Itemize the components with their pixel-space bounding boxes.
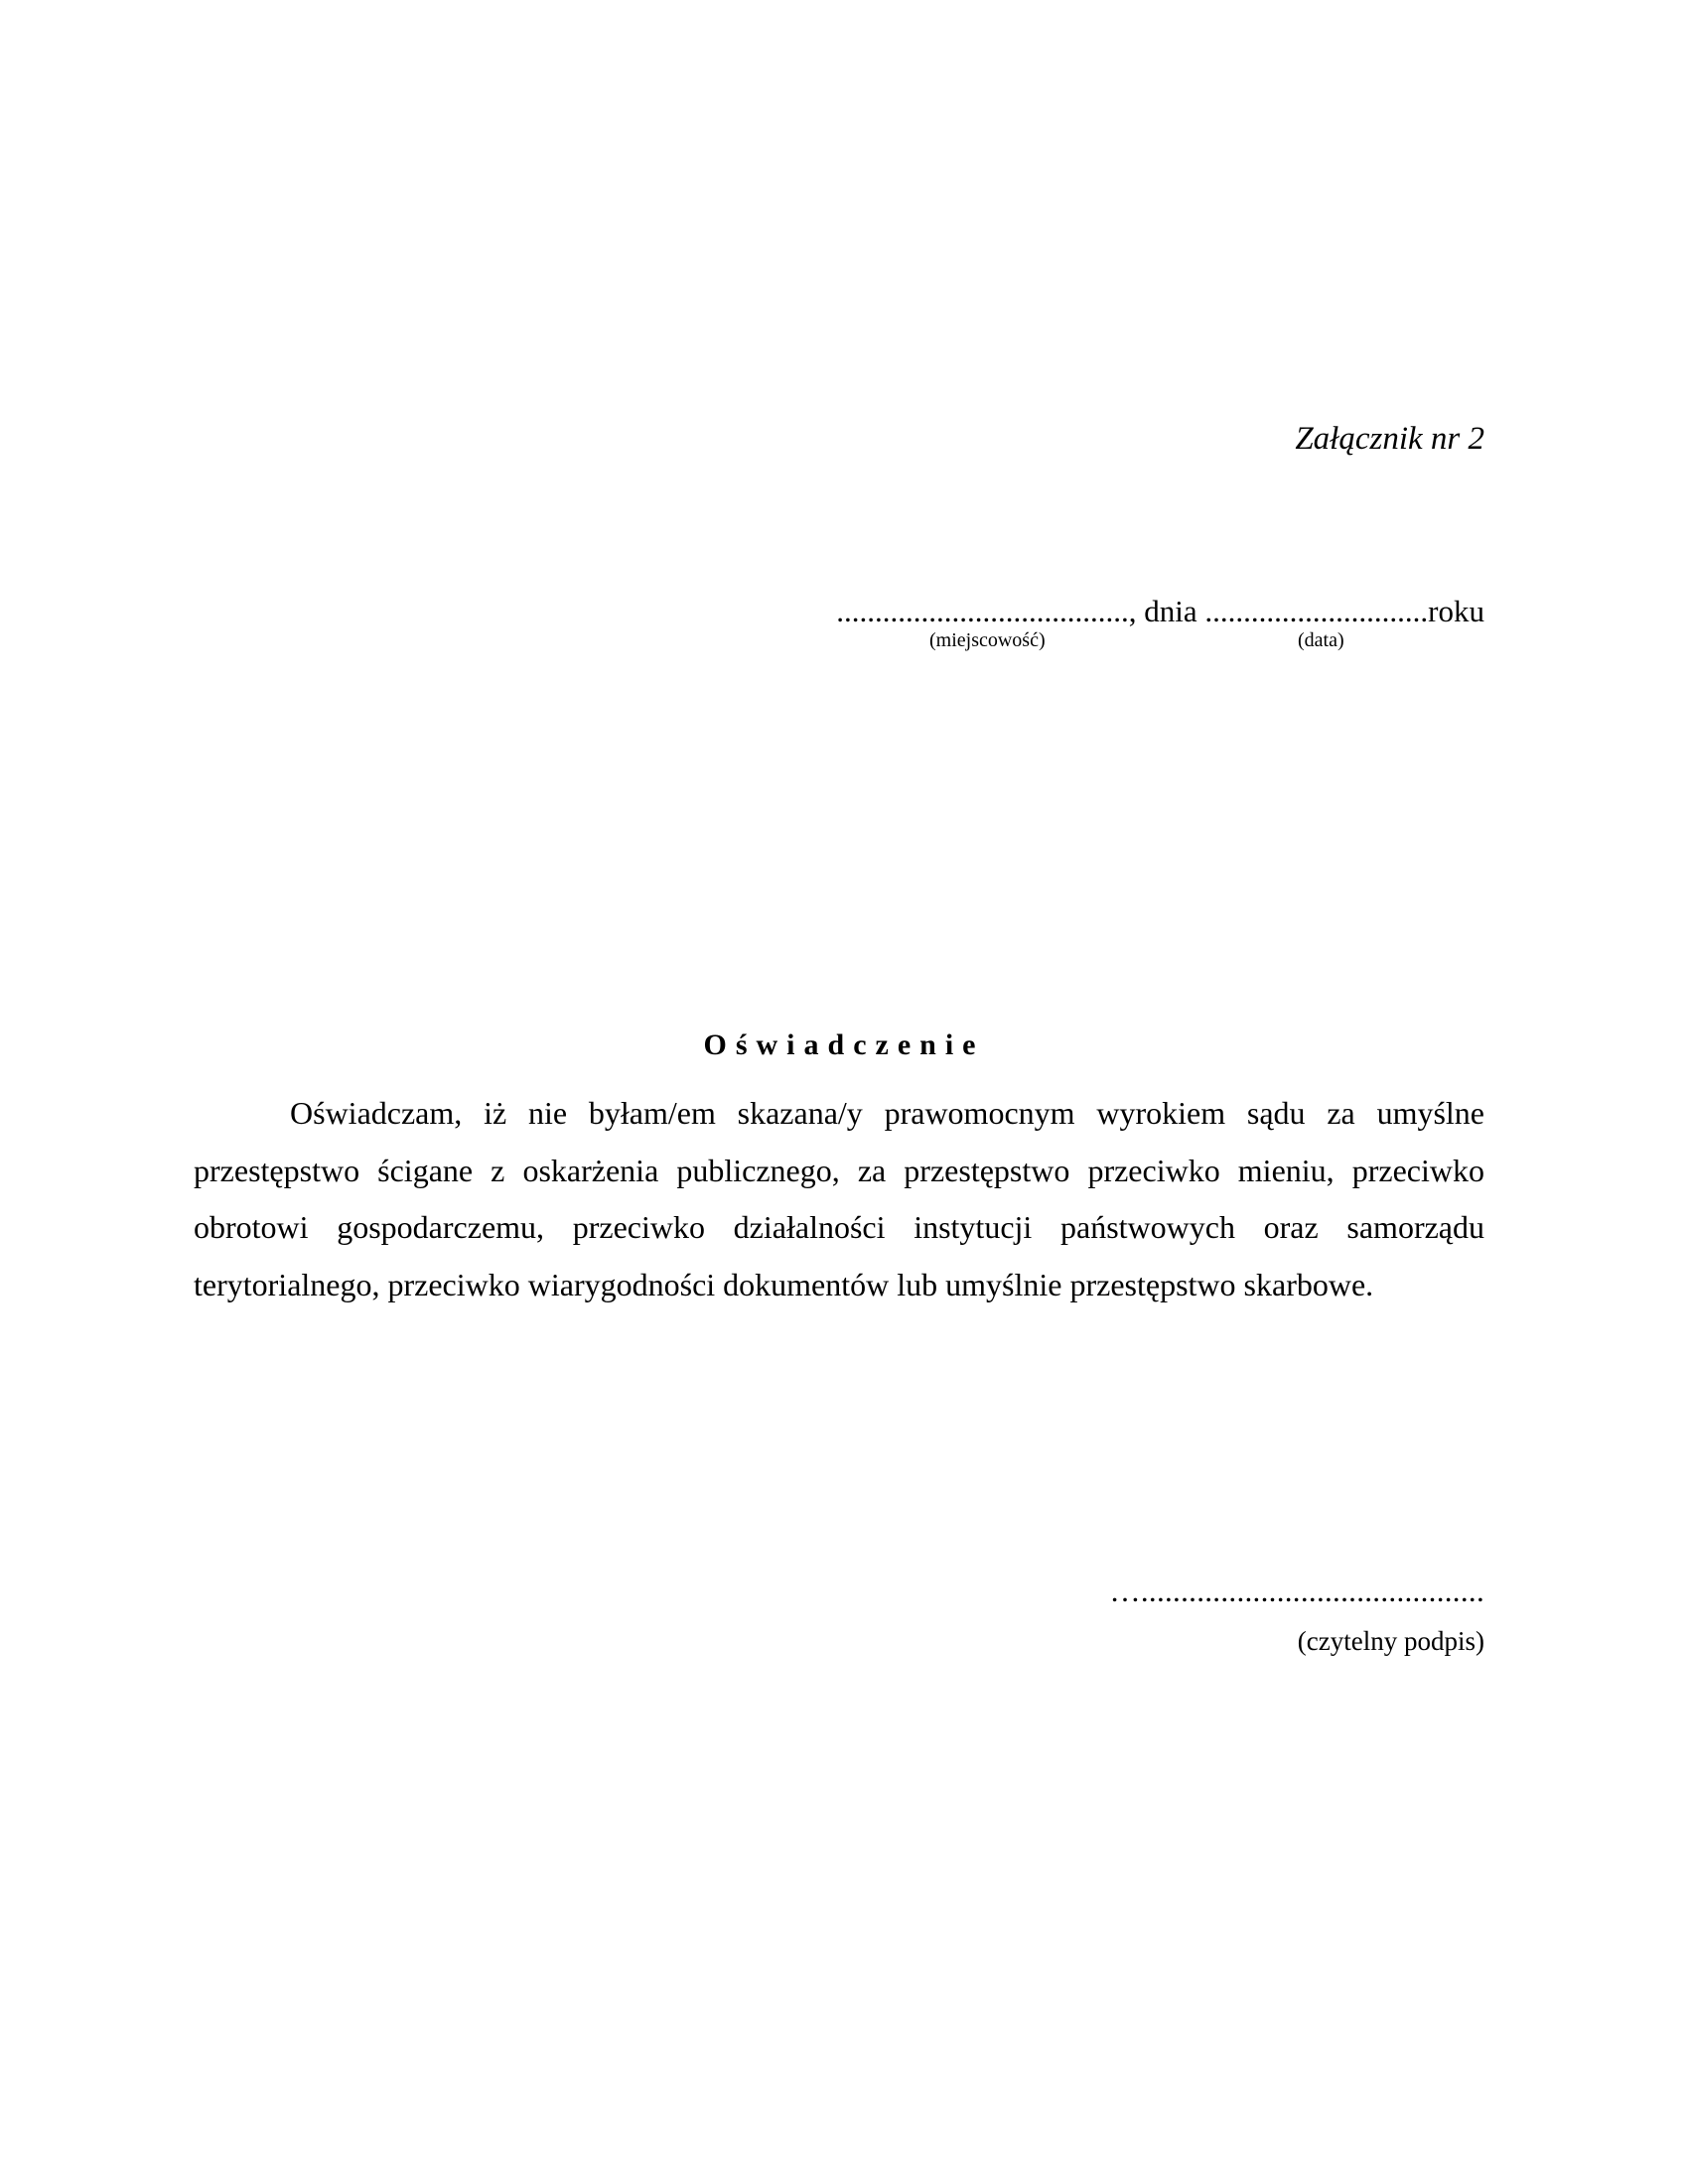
place-label: (miejscowość) bbox=[929, 629, 1046, 652]
date-label: (data) bbox=[1298, 629, 1344, 652]
statement-body: Oświadczam, iż nie byłam/em skazana/y pr… bbox=[194, 1085, 1484, 1313]
signature-line: ….......................................… bbox=[1110, 1573, 1484, 1609]
signature-label: (czytelny podpis) bbox=[1298, 1626, 1484, 1657]
document-heading: Oświadczenie bbox=[0, 1028, 1688, 1062]
annex-label: Załącznik nr 2 bbox=[1295, 421, 1484, 458]
place-date-line: ......................................, … bbox=[836, 594, 1484, 629]
